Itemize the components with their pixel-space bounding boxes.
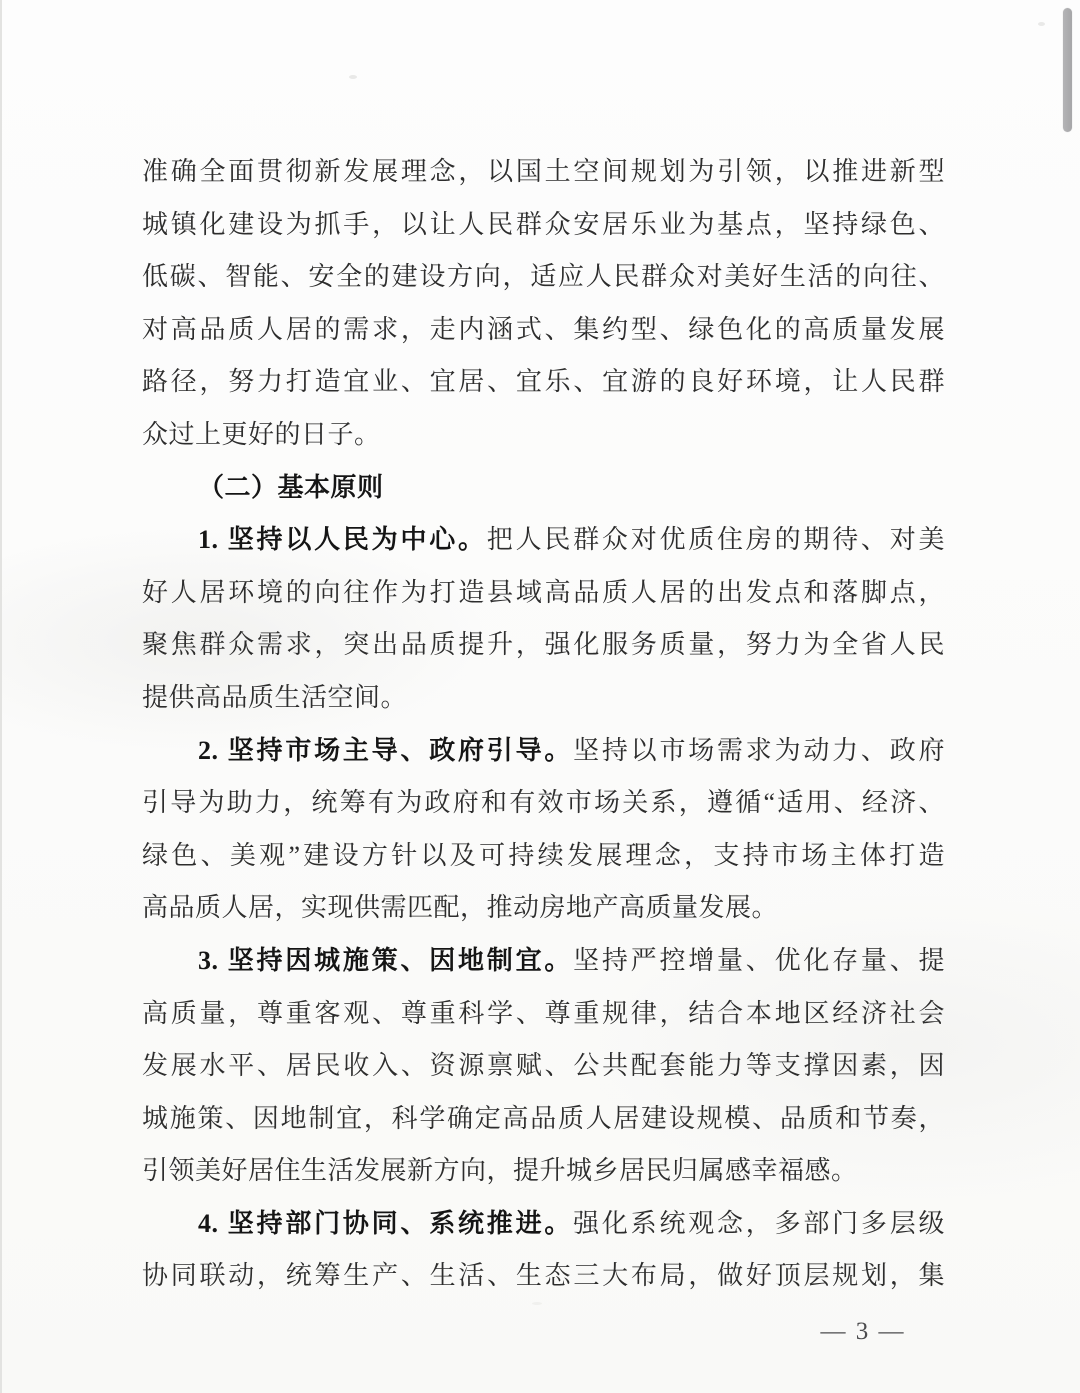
line-bold-segment: 3. 坚持因城施策、因地制宜。 <box>198 946 573 975</box>
line-text-segment: 坚持严控增量、优化存量、提 <box>573 946 945 975</box>
line-bold-segment: 4. 坚持部门协同、系统推进。 <box>198 1209 573 1238</box>
text-line: 协同联动，统筹生产、生活、生态三大布局，做好顶层规划，集 <box>142 1250 945 1303</box>
text-line: 发展水平、居民收入、资源禀赋、公共配套能力等支撑因素，因 <box>142 1040 945 1093</box>
text-line: 提供高品质生活空间。 <box>142 672 945 725</box>
line-text-segment: 高品质人居，实现供需匹配，推动房地产高质量发展。 <box>142 893 778 922</box>
text-line: 3. 坚持因城施策、因地制宜。坚持严控增量、优化存量、提 <box>142 935 945 988</box>
line-bold-segment: 1. 坚持以人民为中心。 <box>198 525 487 554</box>
text-line: 高品质人居，实现供需匹配，推动房地产高质量发展。 <box>142 882 945 935</box>
text-line: 好人居环境的向往作为打造县域高品质人居的出发点和落脚点， <box>142 567 945 620</box>
line-text-segment: 提供高品质生活空间。 <box>142 683 407 712</box>
line-bold-segment: 2. 坚持市场主导、政府引导。 <box>198 736 573 765</box>
line-text-segment: 好人居环境的向往作为打造县域高品质人居的出发点和落脚点， <box>142 578 945 607</box>
line-text-segment: 引领美好居住生活发展新方向，提升城乡居民归属感幸福感。 <box>142 1156 858 1185</box>
text-line: 聚焦群众需求，突出品质提升，强化服务质量，努力为全省人民 <box>142 619 945 672</box>
scan-artifact <box>1038 22 1045 26</box>
line-text-segment: 路径，努力打造宜业、宜居、宜乐、宜游的良好环境，让人民群 <box>142 367 945 396</box>
line-text-segment: 众过上更好的日子。 <box>142 420 381 449</box>
scanned-document-page: 准确全面贯彻新发展理念，以国土空间规划为引领，以推进新型 城镇化建设为抓手，以让… <box>0 0 1080 1393</box>
line-text-segment: 协同联动，统筹生产、生活、生态三大布局，做好顶层规划，集 <box>142 1261 945 1290</box>
text-line: 对高品质人居的需求，走内涵式、集约型、绿色化的高质量发展 <box>142 304 945 357</box>
text-line: 4. 坚持部门协同、系统推进。强化系统观念，多部门多层级 <box>142 1198 945 1251</box>
line-text-segment: 坚持以市场需求为动力、政府 <box>573 736 945 765</box>
text-line: 准确全面贯彻新发展理念，以国土空间规划为引领，以推进新型 <box>142 146 945 199</box>
text-line: 绿色、美观”建设方针以及可持续发展理念，支持市场主体打造 <box>142 830 945 883</box>
document-body: 准确全面贯彻新发展理念，以国土空间规划为引领，以推进新型 城镇化建设为抓手，以让… <box>142 146 945 1303</box>
line-text-segment: 把人民群众对优质住房的期待、对美 <box>487 525 945 554</box>
line-bold-segment: （二）基本原则 <box>198 473 384 502</box>
scrollbar-thumb[interactable] <box>1063 8 1072 132</box>
line-text-segment: 低碳、智能、安全的建设方向，适应人民群众对美好生活的向往、 <box>142 262 945 291</box>
text-line: 路径，努力打造宜业、宜居、宜乐、宜游的良好环境，让人民群 <box>142 356 945 409</box>
text-line: 高质量，尊重客观、尊重科学、尊重规律，结合本地区经济社会 <box>142 988 945 1041</box>
text-line: 2. 坚持市场主导、政府引导。坚持以市场需求为动力、政府 <box>142 725 945 778</box>
text-line: 1. 坚持以人民为中心。把人民群众对优质住房的期待、对美 <box>142 514 945 567</box>
text-line: 城施策、因地制宜，科学确定高品质人居建设规模、品质和节奏， <box>142 1093 945 1146</box>
line-text-segment: 准确全面贯彻新发展理念，以国土空间规划为引领，以推进新型 <box>142 157 945 186</box>
line-text-segment: 高质量，尊重客观、尊重科学、尊重规律，结合本地区经济社会 <box>142 999 945 1028</box>
text-line: 众过上更好的日子。 <box>142 409 945 462</box>
line-text-segment: 发展水平、居民收入、资源禀赋、公共配套能力等支撑因素，因 <box>142 1051 945 1080</box>
line-text-segment: 对高品质人居的需求，走内涵式、集约型、绿色化的高质量发展 <box>142 315 945 344</box>
line-text-segment: 绿色、美观”建设方针以及可持续发展理念，支持市场主体打造 <box>142 841 945 870</box>
page-number: — 3 — <box>808 1318 918 1346</box>
text-line: 低碳、智能、安全的建设方向，适应人民群众对美好生活的向往、 <box>142 251 945 304</box>
text-line: 城镇化建设为抓手，以让人民群众安居乐业为基点，坚持绿色、 <box>142 199 945 252</box>
line-text-segment: 引导为助力，统筹有为政府和有效市场关系，遵循“适用、经济、 <box>142 788 945 817</box>
scan-artifact <box>349 75 357 79</box>
line-text-segment: 城镇化建设为抓手，以让人民群众安居乐业为基点，坚持绿色、 <box>142 210 945 239</box>
line-text-segment: 城施策、因地制宜，科学确定高品质人居建设规模、品质和节奏， <box>142 1104 945 1133</box>
text-line: 引领美好居住生活发展新方向，提升城乡居民归属感幸福感。 <box>142 1145 945 1198</box>
line-text-segment: 强化系统观念，多部门多层级 <box>573 1209 945 1238</box>
section-heading: （二）基本原则 <box>142 462 945 515</box>
line-text-segment: 聚焦群众需求，突出品质提升，强化服务质量，努力为全省人民 <box>142 630 945 659</box>
text-line: 引导为助力，统筹有为政府和有效市场关系，遵循“适用、经济、 <box>142 777 945 830</box>
